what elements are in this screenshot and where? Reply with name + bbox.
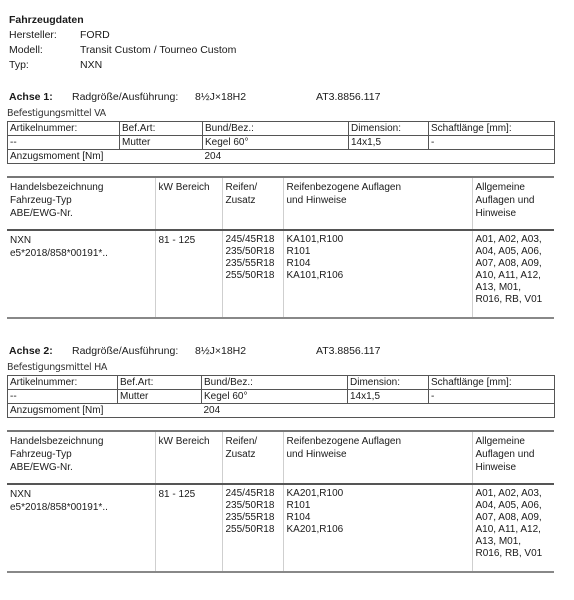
torque-label: Anzugsmoment [Nm] xyxy=(8,150,203,164)
seat-type: Kegel 60° xyxy=(202,390,348,404)
general-notes: A01, A02, A03, A04, A05, A06, A07, A08, … xyxy=(472,230,554,318)
approval-header-row: Handelsbezeichnung Fahrzeug-Typ ABE/EWG-… xyxy=(7,177,554,230)
part-number: AT3.8856.117 xyxy=(316,91,380,104)
header-tire-notes: Reifenbezogene Auflagen und Hinweise xyxy=(283,431,472,484)
header-seat-type: Bund/Bez.: xyxy=(203,122,349,136)
torque-value: 204 xyxy=(202,404,555,418)
fastening-type: Mutter xyxy=(118,390,202,404)
fastening-value-row: -- Mutter Kegel 60° 14x1,5 - xyxy=(8,390,555,404)
header-designation: Handelsbezeichnung Fahrzeug-Typ ABE/EWG-… xyxy=(7,431,155,484)
header-dimension: Dimension: xyxy=(348,376,429,390)
shaft-length: - xyxy=(429,390,555,404)
torque-row: Anzugsmoment [Nm] 204 xyxy=(8,150,555,164)
approval-table: Handelsbezeichnung Fahrzeug-Typ ABE/EWG-… xyxy=(7,430,554,573)
header-seat-type: Bund/Bez.: xyxy=(202,376,348,390)
approval-header-row: Handelsbezeichnung Fahrzeug-Typ ABE/EWG-… xyxy=(7,431,554,484)
header-kw-range: kW Bereich xyxy=(155,177,222,230)
type-value: NXN xyxy=(80,59,102,72)
general-notes: A01, A02, A03, A04, A05, A06, A07, A08, … xyxy=(472,484,554,572)
header-general-notes: Allgemeine Auflagen und Hinweise xyxy=(472,431,554,484)
wheel-size-value: 8½J×18H2 xyxy=(195,345,246,358)
wheel-size-label: Radgröße/Ausführung: xyxy=(72,345,178,358)
part-number: AT3.8856.117 xyxy=(316,345,380,358)
table-row: NXN e5*2018/858*00191*.. 81 - 125 245/45… xyxy=(7,230,554,318)
wheel-size-label: Radgröße/Ausführung: xyxy=(72,91,178,104)
header-tires: Reifen/ Zusatz xyxy=(222,177,283,230)
tire-sizes: 245/45R18 235/50R18 235/55R18 255/50R18 xyxy=(222,484,283,572)
table-row: NXN e5*2018/858*00191*.. 81 - 125 245/45… xyxy=(7,484,554,572)
shaft-length: - xyxy=(429,136,555,150)
header-dimension: Dimension: xyxy=(349,122,429,136)
seat-type: Kegel 60° xyxy=(203,136,349,150)
header-designation: Handelsbezeichnung Fahrzeug-Typ ABE/EWG-… xyxy=(7,177,155,230)
header-fastening-type: Bef.Art: xyxy=(118,376,202,390)
kw-range: 81 - 125 xyxy=(155,484,222,572)
fastening-value-row: -- Mutter Kegel 60° 14x1,5 - xyxy=(8,136,555,150)
fastening-table: Artikelnummer: Bef.Art: Bund/Bez.: Dimen… xyxy=(7,121,555,164)
header-shaft-length: Schaftlänge [mm]: xyxy=(429,376,555,390)
header-article-number: Artikelnummer: xyxy=(8,122,120,136)
header-general-notes: Allgemeine Auflagen und Hinweise xyxy=(472,177,554,230)
fastening-table: Artikelnummer: Bef.Art: Bund/Bez.: Dimen… xyxy=(7,375,555,418)
axle-title: Achse 2: xyxy=(9,345,53,358)
model-label: Modell: xyxy=(9,44,43,57)
fastening-header-row: Artikelnummer: Bef.Art: Bund/Bez.: Dimen… xyxy=(8,376,555,390)
fastening-caption: Befestigungsmittel VA xyxy=(7,108,106,119)
header-fastening-type: Bef.Art: xyxy=(120,122,203,136)
tire-notes: KA101,R100 R101 R104 KA101,R106 xyxy=(283,230,472,318)
fastening-type: Mutter xyxy=(120,136,203,150)
vehicle-designation: NXN e5*2018/858*00191*.. xyxy=(7,484,155,572)
approval-table: Handelsbezeichnung Fahrzeug-Typ ABE/EWG-… xyxy=(7,176,554,319)
header-shaft-length: Schaftlänge [mm]: xyxy=(429,122,555,136)
kw-range: 81 - 125 xyxy=(155,230,222,318)
torque-label: Anzugsmoment [Nm] xyxy=(8,404,202,418)
header-tire-notes: Reifenbezogene Auflagen und Hinweise xyxy=(283,177,472,230)
manufacturer-value: FORD xyxy=(80,29,110,42)
fastening-caption: Befestigungsmittel HA xyxy=(7,362,107,373)
fastening-header-row: Artikelnummer: Bef.Art: Bund/Bez.: Dimen… xyxy=(8,122,555,136)
model-value: Transit Custom / Tourneo Custom xyxy=(80,44,236,57)
type-label: Typ: xyxy=(9,59,29,72)
wheel-size-value: 8½J×18H2 xyxy=(195,91,246,104)
article-number: -- xyxy=(8,390,118,404)
torque-row: Anzugsmoment [Nm] 204 xyxy=(8,404,555,418)
header-tires: Reifen/ Zusatz xyxy=(222,431,283,484)
vehicle-data-heading: Fahrzeugdaten xyxy=(9,14,84,27)
axle-title: Achse 1: xyxy=(9,91,53,104)
article-number: -- xyxy=(8,136,120,150)
torque-value: 204 xyxy=(203,150,555,164)
header-kw-range: kW Bereich xyxy=(155,431,222,484)
manufacturer-label: Hersteller: xyxy=(9,29,57,42)
dimension: 14x1,5 xyxy=(349,136,429,150)
header-article-number: Artikelnummer: xyxy=(8,376,118,390)
vehicle-designation: NXN e5*2018/858*00191*.. xyxy=(7,230,155,318)
tire-notes: KA201,R100 R101 R104 KA201,R106 xyxy=(283,484,472,572)
dimension: 14x1,5 xyxy=(348,390,429,404)
tire-sizes: 245/45R18 235/50R18 235/55R18 255/50R18 xyxy=(222,230,283,318)
